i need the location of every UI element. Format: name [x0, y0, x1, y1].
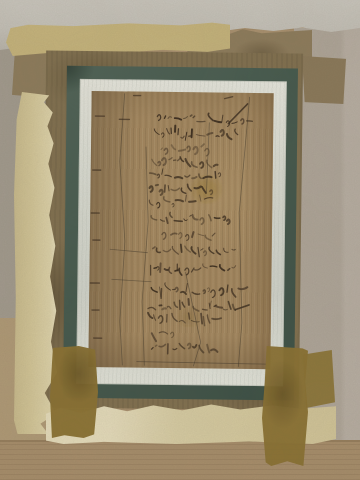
mat-teal-border [63, 66, 298, 401]
papyrus-fragment [88, 91, 273, 369]
ink-inscription [88, 91, 273, 369]
artifact-photo [0, 0, 360, 480]
olive-tape-bottom-right [262, 346, 308, 466]
mat-white-border [76, 79, 287, 387]
olive-tape-patch-right [303, 350, 335, 408]
olive-tape-bottom-left [50, 346, 98, 438]
cardboard-strip-bottom [0, 440, 360, 480]
tape-patch-right-extension [302, 56, 346, 104]
